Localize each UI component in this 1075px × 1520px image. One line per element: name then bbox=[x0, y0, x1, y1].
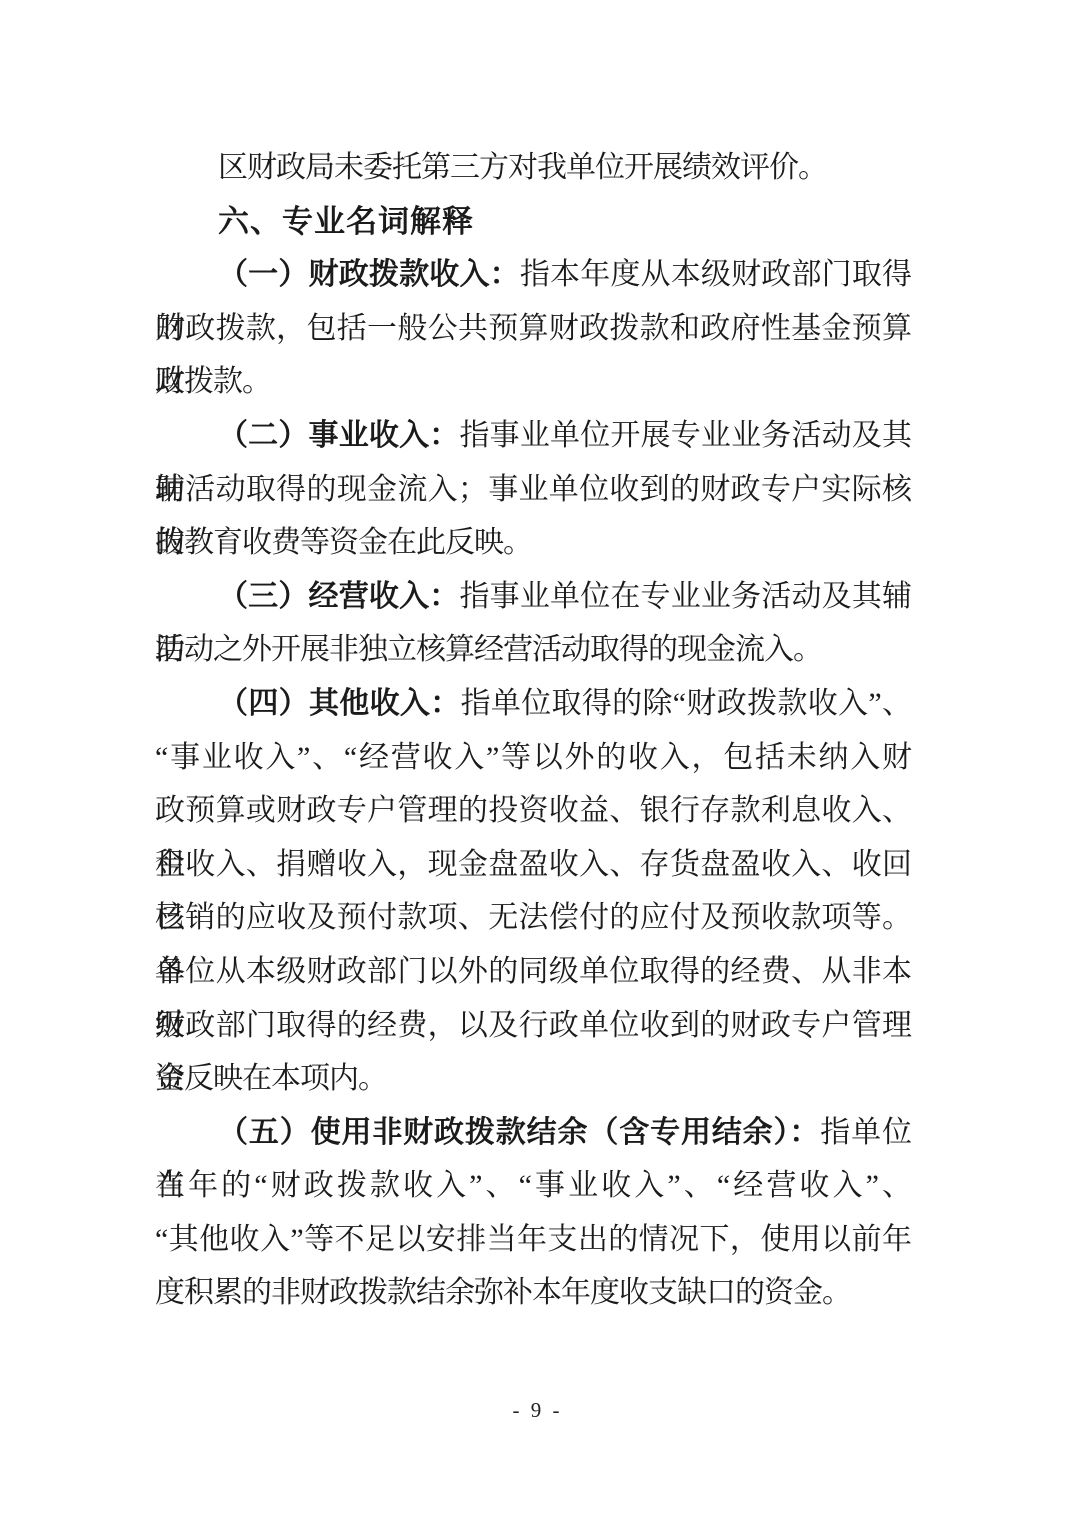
paragraph-line: “其他收入”等不足以安排当年支出的情况下，使用以前年 bbox=[155, 1213, 912, 1267]
paragraph-line: 财政部门取得的经费，以及行政单位收到的财政专户管理资 bbox=[155, 999, 912, 1053]
line-text: 政拨款。 bbox=[155, 365, 271, 398]
paragraph-line: 区财政局未委托第三方对我单位开展绩效评价。 bbox=[155, 141, 912, 195]
paragraph-line: “事业收入”、“经营收入”等以外的收入，包括未纳入财 bbox=[155, 731, 912, 785]
paragraph-line: 的教育收费等资金在此反映。 bbox=[155, 516, 912, 570]
line-text: 区财政局未委托第三方对我单位开展绩效评价。 bbox=[218, 151, 827, 184]
term-label: （五）使用非财政拨款结余（含专用结余）： bbox=[218, 1116, 820, 1149]
paragraph-line: 金收入、捐赠收入，现金盘盈收入、存货盘盈收入、收回已 bbox=[155, 838, 912, 892]
paragraph-line: 当年的“财政拨款收入”、“事业收入”、“经营收入”、 bbox=[155, 1159, 912, 1213]
page-number-text: - 9 - bbox=[513, 1398, 563, 1422]
term-label: （四）其他收入： bbox=[218, 687, 461, 720]
line-text: 度积累的非财政拨款结余弥补本年度收支缺口的资金。 bbox=[155, 1276, 851, 1309]
paragraph-line: 活动之外开展非独立核算经营活动取得的现金流入。 bbox=[155, 623, 912, 677]
paragraph-line: 金反映在本项内。 bbox=[155, 1052, 912, 1106]
line-text: 当年的“财政拨款收入”、“事业收入”、“经营收入”、 bbox=[155, 1169, 912, 1202]
document-page: 区财政局未委托第三方对我单位开展绩效评价。 六、专业名词解释 （一）财政拨款收入… bbox=[0, 0, 1075, 1520]
paragraph-line: 财政拨款，包括一般公共预算财政拨款和政府性基金预算财 bbox=[155, 302, 912, 356]
section-heading-text: 六、专业名词解释 bbox=[218, 204, 474, 239]
paragraph-line: 政拨款。 bbox=[155, 355, 912, 409]
paragraph-line: 度积累的非财政拨款结余弥补本年度收支缺口的资金。 bbox=[155, 1266, 912, 1320]
paragraph-line: （四）其他收入：指单位取得的除“财政拨款收入”、 bbox=[155, 677, 912, 731]
term-label: （三）经营收入： bbox=[218, 580, 459, 613]
paragraph-line: 助活动取得的现金流入；事业单位收到的财政专户实际核拨 bbox=[155, 463, 912, 517]
paragraph-line: 政预算或财政专户管理的投资收益、银行存款利息收入、租 bbox=[155, 784, 912, 838]
line-text: 活动之外开展非独立核算经营活动取得的现金流入。 bbox=[155, 633, 822, 666]
section-heading: 六、专业名词解释 bbox=[155, 195, 912, 249]
line-text: 指单位取得的除“财政拨款收入”、 bbox=[461, 687, 912, 720]
term-label: （二）事业收入： bbox=[218, 419, 459, 452]
line-text: “其他收入”等不足以安排当年支出的情况下，使用以前年 bbox=[155, 1223, 912, 1256]
line-text: 的教育收费等资金在此反映。 bbox=[155, 526, 532, 559]
paragraph-line: 单位从本级财政部门以外的同级单位取得的经费、从非本级 bbox=[155, 945, 912, 999]
page-number: - 9 - bbox=[0, 1398, 1075, 1423]
term-label: （一）财政拨款收入： bbox=[218, 258, 520, 291]
paragraph-line: （二）事业收入：指事业单位开展专业业务活动及其辅 bbox=[155, 409, 912, 463]
paragraph-line: （一）财政拨款收入：指本年度从本级财政部门取得的 bbox=[155, 248, 912, 302]
paragraph-line: （五）使用非财政拨款结余（含专用结余）：指单位在 bbox=[155, 1106, 912, 1160]
line-text: “事业收入”、“经营收入”等以外的收入，包括未纳入财 bbox=[155, 741, 912, 774]
text-block: 区财政局未委托第三方对我单位开展绩效评价。 六、专业名词解释 （一）财政拨款收入… bbox=[155, 141, 912, 1320]
paragraph-line: 核销的应收及预付款项、无法偿付的应付及预收款项等。各 bbox=[155, 891, 912, 945]
line-text: 金反映在本项内。 bbox=[155, 1062, 387, 1095]
paragraph-line: （三）经营收入：指事业单位在专业业务活动及其辅助 bbox=[155, 570, 912, 624]
